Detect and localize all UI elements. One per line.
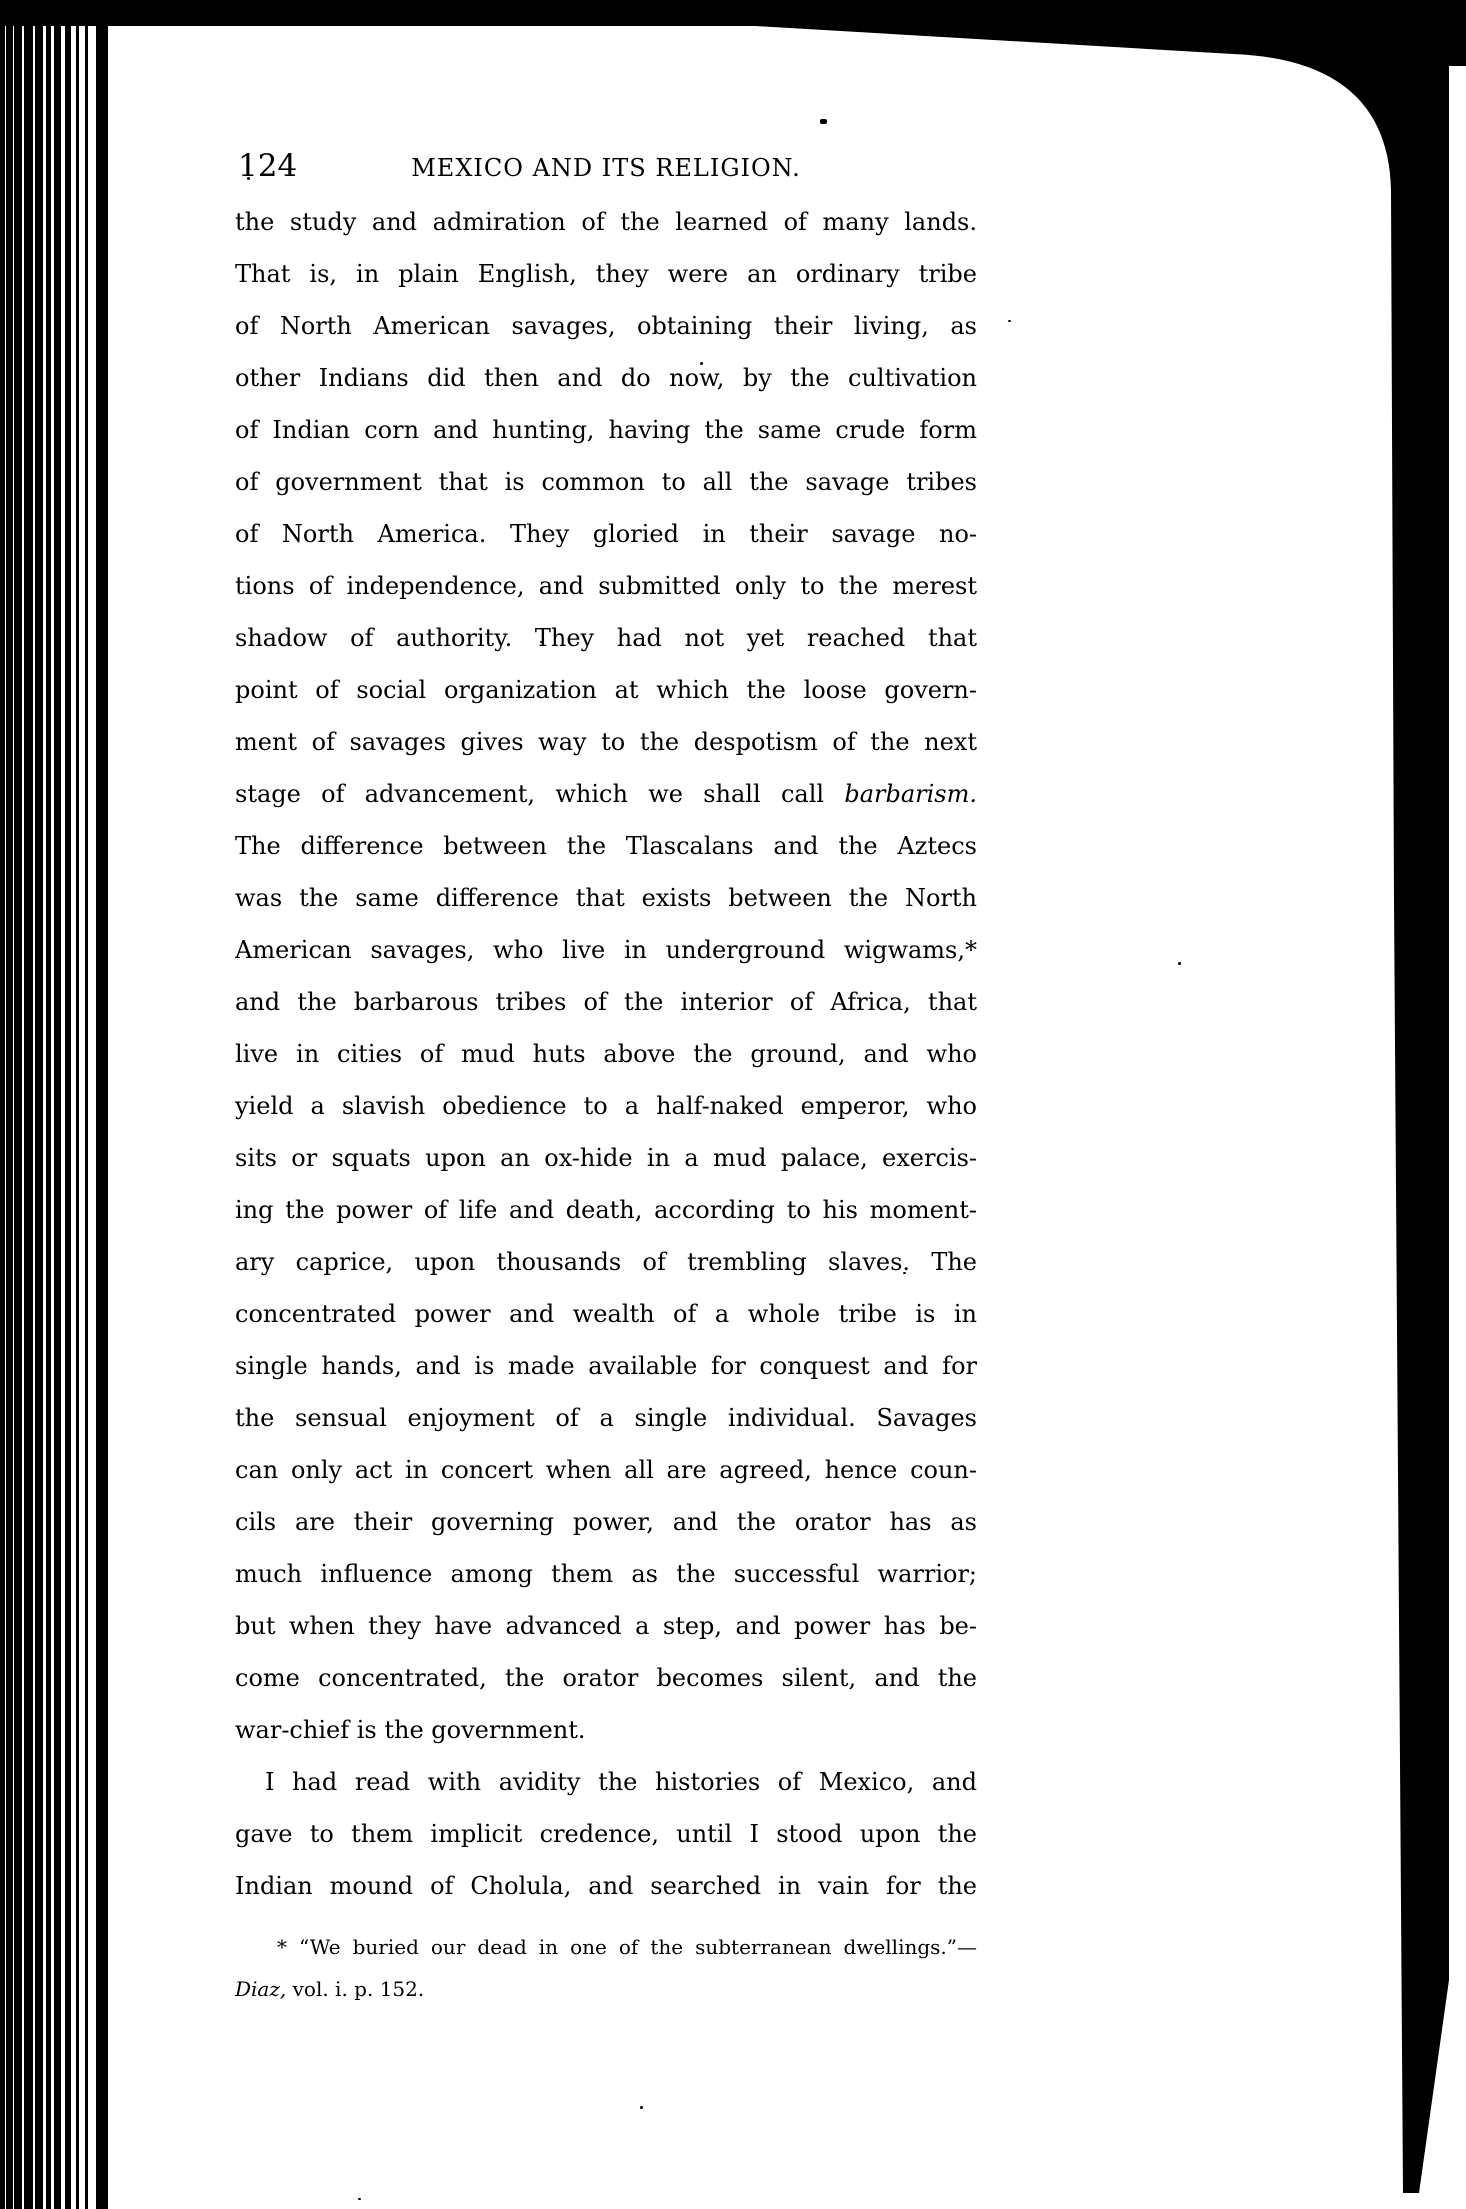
- text-line: much influence among them as the success…: [235, 1548, 977, 1600]
- text-line: ing the power of life and death, accordi…: [235, 1184, 977, 1236]
- speck: [1178, 962, 1181, 965]
- speck: [358, 2198, 361, 2200]
- text-line: gave to them implicit credence, until I …: [235, 1808, 977, 1860]
- text-line: can only act in concert when all are agr…: [235, 1444, 977, 1496]
- text-line: single hands, and is made available for …: [235, 1340, 977, 1392]
- paragraph: I had read with avidity the histories of…: [235, 1756, 977, 1912]
- text-line: come concentrated, the orator becomes si…: [235, 1652, 977, 1704]
- text-line: war-chief is the government.: [235, 1704, 977, 1756]
- text-line: was the same difference that exists betw…: [235, 872, 977, 924]
- speck: [640, 2106, 643, 2109]
- text-line: of North America. They gloried in their …: [235, 508, 977, 560]
- text-line: yield a slavish obedience to a half-nake…: [235, 1080, 977, 1132]
- running-title: MEXICO AND ITS RELIGION.: [235, 150, 977, 186]
- text-line: the sensual enjoyment of a single indivi…: [235, 1392, 977, 1444]
- text-line: ment of savages gives way to the despoti…: [235, 716, 977, 768]
- text-line: other Indians did then and do now, by th…: [235, 352, 977, 404]
- text-line: I had read with avidity the histories of…: [235, 1756, 977, 1808]
- speck: [1008, 320, 1011, 322]
- scanned-book-page: 124 MEXICO AND ITS RELIGION. the study a…: [0, 0, 1466, 2209]
- page-body: the study and admiration of the learned …: [235, 196, 977, 1912]
- footnote-line: * “We buried our dead in one of the subt…: [235, 1926, 977, 1968]
- text-line: The difference between the Tlascalans an…: [235, 820, 977, 872]
- text-line: concentrated power and wealth of a whole…: [235, 1288, 977, 1340]
- text-line: live in cities of mud huts above the gro…: [235, 1028, 977, 1080]
- text-line: tions of independence, and submitted onl…: [235, 560, 977, 612]
- paragraph: the study and admiration of the learned …: [235, 196, 977, 1756]
- text-line: the study and admiration of the learned …: [235, 196, 977, 248]
- speck: [700, 362, 703, 365]
- text-line: Indian mound of Cholula, and searched in…: [235, 1860, 977, 1912]
- speck: [820, 119, 827, 124]
- text-line: and the barbarous tribes of the interior…: [235, 976, 977, 1028]
- page-header: 124 MEXICO AND ITS RELIGION.: [235, 146, 977, 186]
- speck: [540, 641, 542, 643]
- text-line: cils are their governing power, and the …: [235, 1496, 977, 1548]
- speck: [903, 1272, 906, 1274]
- text-line: stage of advancement, which we shall cal…: [235, 768, 977, 820]
- text-line: sits or squats upon an ox-hide in a mud …: [235, 1132, 977, 1184]
- text-line: of North American savages, obtaining the…: [235, 300, 977, 352]
- speck: [247, 177, 250, 180]
- text-line: but when they have advanced a step, and …: [235, 1600, 977, 1652]
- text-line: shadow of authority. They had not yet re…: [235, 612, 977, 664]
- text-line: ary caprice, upon thousands of trembling…: [235, 1236, 977, 1288]
- text-line: American savages, who live in undergroun…: [235, 924, 977, 976]
- text-line: That is, in plain English, they were an …: [235, 248, 977, 300]
- text-line: of government that is common to all the …: [235, 456, 977, 508]
- book-edge-texture: [0, 0, 113, 2209]
- footnote: * “We buried our dead in one of the subt…: [235, 1926, 977, 2010]
- text-line: point of social organization at which th…: [235, 664, 977, 716]
- text-line: of Indian corn and hunting, having the s…: [235, 404, 977, 456]
- footnote-line: Diaz, vol. i. p. 152.: [235, 1968, 977, 2010]
